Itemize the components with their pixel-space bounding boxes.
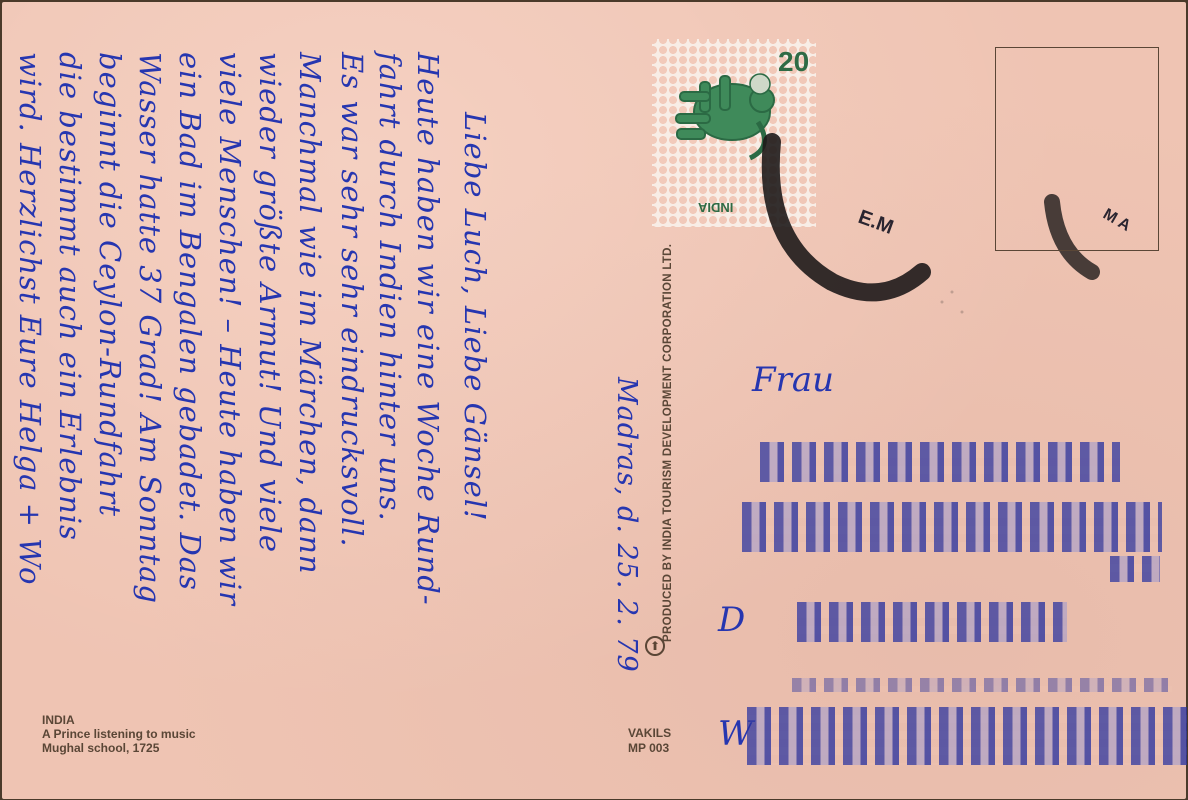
publisher-name: VAKILS: [628, 726, 671, 741]
redacted-street: [742, 502, 1162, 552]
address-salutation: Frau: [752, 360, 834, 400]
postcard: Liebe Luch, Liebe Gänsel!Heute haben wir…: [2, 2, 1186, 799]
message-line: die bestimmt auch ein Erlebnis: [53, 52, 87, 541]
message-line: wieder größte Armut! Und viele: [253, 52, 287, 553]
redacted-underline: [792, 678, 1172, 692]
message-line: Manchmal wie im Märchen, dann: [293, 52, 327, 575]
caption-title: INDIA: [42, 713, 196, 727]
message-line: Wasser hatte 37 Grad! Am Sonntag: [133, 52, 167, 604]
redacted-house-number: [1110, 556, 1160, 582]
message-line: Liebe Luch, Liebe Gänsel!: [458, 112, 492, 522]
publisher-code: MP 003: [628, 741, 671, 756]
message-line: beginnt die Ceylon-Rundfahrt: [93, 52, 127, 517]
message-line: ein Bad im Bengalen gebadet. Das: [173, 52, 207, 591]
redacted-name: [760, 442, 1120, 482]
credit-line: PRODUCED BY INDIA TOURISM DEVELOPMENT CO…: [662, 244, 674, 642]
svg-text:E.M: E.M: [855, 206, 896, 239]
message-line: Es war sehr sehr eindrucksvoll.: [335, 52, 369, 548]
place-date: Madras, d. 25. 2. 79: [611, 377, 642, 673]
message-line: wird. Herzlichst Eure Helga + Wo: [13, 52, 47, 585]
message-line: viele Menschen! – Heute haben wir: [213, 52, 247, 606]
publisher-mark: VAKILS MP 003: [628, 726, 671, 756]
caption: INDIA A Prince listening to music Mughal…: [42, 713, 196, 755]
stamp-country: INDIA: [698, 200, 733, 215]
caption-line-1: A Prince listening to music: [42, 727, 196, 741]
redacted-country: [747, 707, 1187, 765]
address-country-prefix: D: [718, 600, 745, 640]
stamp-value: 20: [778, 46, 809, 78]
caption-line-2: Mughal school, 1725: [42, 741, 196, 755]
stamp-placement-box: [995, 47, 1159, 251]
message-line: Heute haben wir eine Woche Rund-: [411, 52, 445, 606]
redacted-city: [797, 602, 1067, 642]
message-line: fahrt durch Indien hinter uns.: [373, 52, 407, 522]
